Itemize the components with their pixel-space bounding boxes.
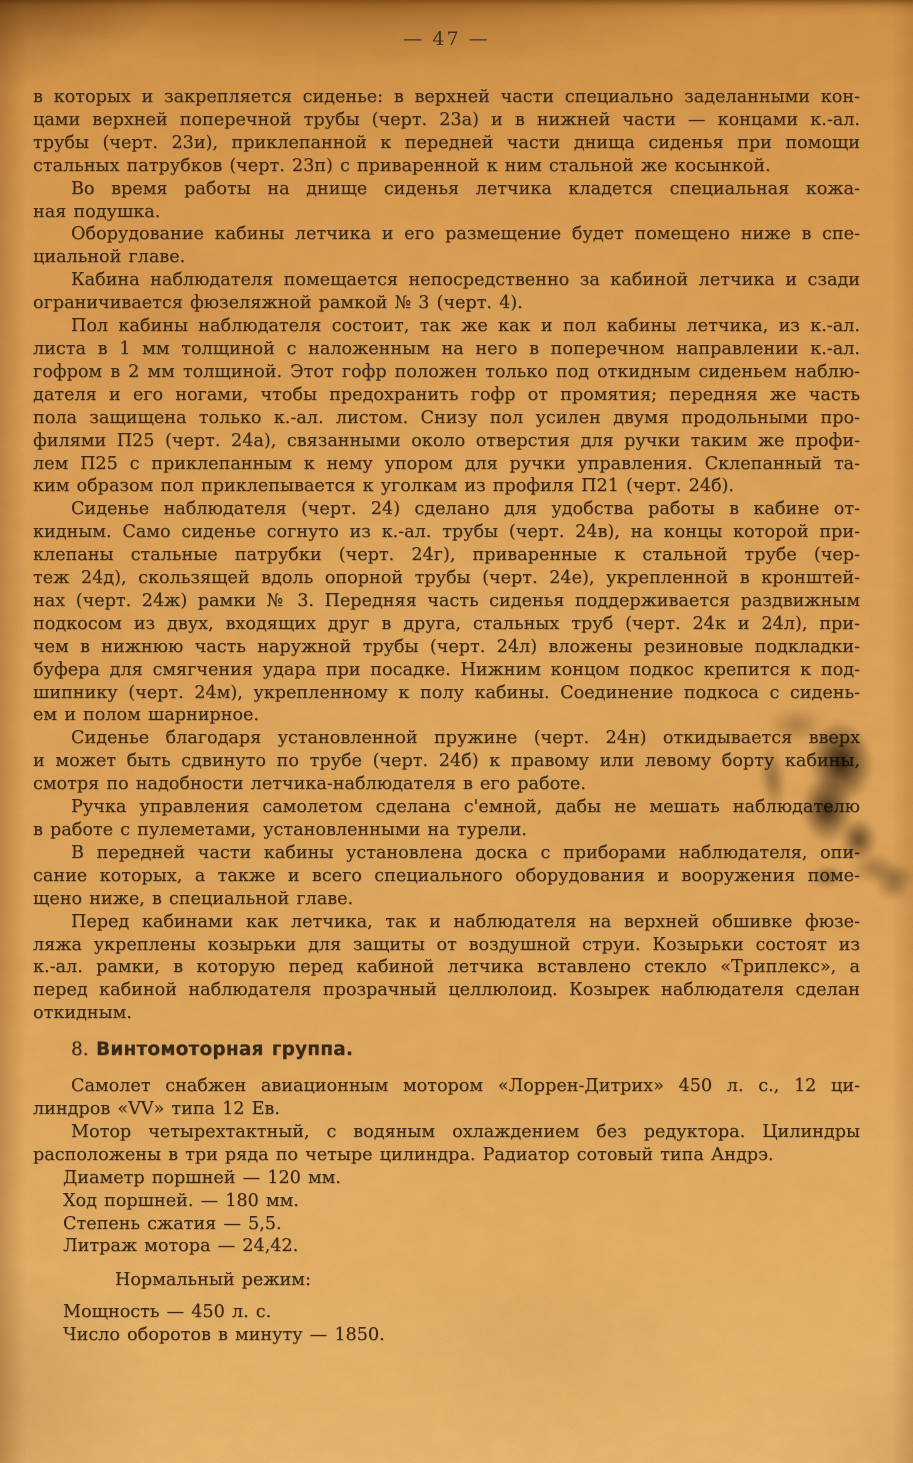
text-line: В передней части кабины установлена доск…: [33, 842, 860, 865]
text-line: Во время работы на днище сиденья летчика…: [33, 178, 860, 201]
paragraph: В передней части кабины установлена доск…: [33, 842, 860, 911]
section-number: 8.: [71, 1039, 96, 1060]
text-line: и может быть сдвинуто по трубе (черт. 24…: [33, 750, 860, 773]
text-line: ляжа укреплены козырьки для защиты от во…: [33, 934, 860, 957]
text-line: лем П25 с приклепанным к нему упором для…: [33, 453, 860, 476]
section-title: Винтомоторная группа.: [96, 1039, 353, 1060]
text-line: стальных патрубков (черт. 23п) с приваре…: [33, 155, 860, 178]
text-line: филями П25 (черт. 24а), связанными около…: [33, 430, 860, 453]
text-line: листа в 1 мм толщиной с наложенным на не…: [33, 338, 860, 361]
text-line: гофром в 2 мм толщиной. Этот гофр положе…: [33, 361, 860, 384]
text-line: Сиденье благодаря установленной пружине …: [33, 727, 860, 750]
book-page-scan: — 47 — в которых и закрепляется сиденье:…: [0, 0, 913, 1463]
text-line: Кабина наблюдателя помещается непосредст…: [33, 269, 860, 292]
text-line: перед кабиной наблюдателя прозрачный цел…: [33, 979, 860, 1002]
text-line: циальной главе.: [33, 246, 860, 269]
text-line: ким образом пол приклепывается к уголкам…: [33, 475, 860, 498]
text-column: в которых и закрепляется сиденье: в верх…: [33, 86, 860, 1347]
paragraph: Мотор четырехтактный, с водяным охлажден…: [33, 1121, 860, 1167]
text-line: Самолет снабжен авиационным мотором «Лор…: [33, 1075, 860, 1098]
text-line: смотря по надобности летчика-наблюдателя…: [33, 773, 860, 796]
text-line: ограничивается фюзеляжной рамкой № 3 (че…: [33, 292, 860, 315]
text-line: в работе с пулеметами, установленными на…: [33, 819, 860, 842]
paragraph: Сиденье благодаря установленной пружине …: [33, 727, 860, 796]
text-line: пола защищена только к.-ал. листом. Сниз…: [33, 407, 860, 430]
text-line: Перед кабинами как летчика, так и наблюд…: [33, 911, 860, 934]
text-line: клепаны стальные патрубки (черт. 24г), п…: [33, 544, 860, 567]
text-line: чем в нижнюю часть наружной трубы (черт.…: [33, 636, 860, 659]
text-line: Сиденье наблюдателя (черт. 24) сделано д…: [33, 498, 860, 521]
text-line: Пол кабины наблюдателя состоит, так же к…: [33, 315, 860, 338]
text-line: линдров «VV» типа 12 Ев.: [33, 1098, 860, 1121]
text-line: подкосом из двух, входящих друг в друга,…: [33, 613, 860, 636]
text-line: шипнику (черт. 24м), укрепленному к полу…: [33, 682, 860, 705]
spec-line: Диаметр поршней — 120 мм.: [33, 1167, 860, 1190]
text-line: расположены в три ряда по четыре цилиндр…: [33, 1144, 860, 1167]
paragraph: Во время работы на днище сиденья летчика…: [33, 178, 860, 224]
text-line: к.-ал. рамки, в которую перед кабиной ле…: [33, 956, 860, 979]
text-line: Оборудование кабины летчика и его размещ…: [33, 223, 860, 246]
text-line: дателя и его ногами, чтобы предохранить …: [33, 384, 860, 407]
paragraph: Перед кабинами как летчика, так и наблюд…: [33, 911, 860, 1026]
text-line: нах (черт. 24ж) рамки № 3. Передняя част…: [33, 590, 860, 613]
paragraph: Сиденье наблюдателя (черт. 24) сделано д…: [33, 498, 860, 727]
spec-line: Ход поршней. — 180 мм.: [33, 1190, 860, 1213]
paragraph: Оборудование кабины летчика и его размещ…: [33, 223, 860, 269]
text-line: ная подушка.: [33, 201, 860, 224]
text-line: откидным.: [33, 1002, 860, 1025]
spec-line: Число оборотов в минуту — 1850.: [33, 1324, 860, 1347]
text-line: буфера для смягчения удара при посадке. …: [33, 659, 860, 682]
paragraph: Ручка управления самолетом сделана с'емн…: [33, 796, 860, 842]
spec-line: Мощность — 450 л. с.: [33, 1301, 860, 1324]
text-line: сание которых, а также и всего специальн…: [33, 865, 860, 888]
paragraph: Самолет снабжен авиационным мотором «Лор…: [33, 1075, 860, 1121]
subsection-heading: Нормальный режим:: [33, 1269, 860, 1292]
page-number: — 47 —: [33, 28, 860, 50]
paragraph: Пол кабины наблюдателя состоит, так же к…: [33, 315, 860, 498]
text-line: ем и полом шарнирное.: [33, 704, 860, 727]
paragraph: в которых и закрепляется сиденье: в верх…: [33, 86, 860, 178]
spec-line: Литраж мотора — 24,42.: [33, 1235, 860, 1258]
text-line: трубы (черт. 23и), приклепанной к передн…: [33, 132, 860, 155]
section-heading: 8. Винтомоторная группа.: [33, 1039, 860, 1062]
paragraph: Кабина наблюдателя помещается непосредст…: [33, 269, 860, 315]
text-line: Мотор четырехтактный, с водяным охлажден…: [33, 1121, 860, 1144]
text-line: в которых и закрепляется сиденье: в верх…: [33, 86, 860, 109]
spec-line: Степень сжатия — 5,5.: [33, 1213, 860, 1236]
text-line: кидным. Само сиденье согнуто из к.-ал. т…: [33, 521, 860, 544]
text-line: Ручка управления самолетом сделана с'емн…: [33, 796, 860, 819]
text-line: цами верхней поперечной трубы (черт. 23а…: [33, 109, 860, 132]
text-line: теж 24д), скользящей вдоль опорной трубы…: [33, 567, 860, 590]
text-line: щено ниже, в специальной главе.: [33, 888, 860, 911]
